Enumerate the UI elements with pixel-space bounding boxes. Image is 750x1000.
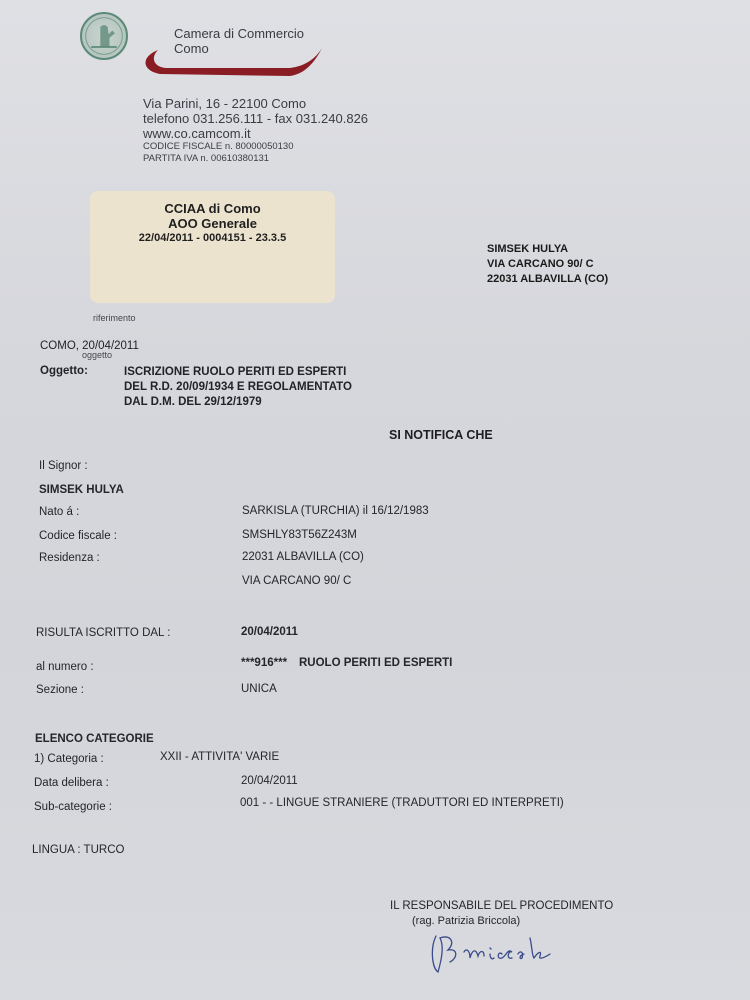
signatory-title: IL RESPONSABILE DEL PROCEDIMENTO <box>390 900 613 912</box>
notice-heading: SI NOTIFICA CHE <box>389 428 493 442</box>
letterhead-address: Via Parini, 16 - 22100 Como telefono 031… <box>143 96 368 165</box>
address-line: Via Parini, 16 - 22100 Como <box>143 96 368 111</box>
registered-since-label: RISULTA ISCRITTO DAL : <box>36 627 170 639</box>
section-value: UNICA <box>241 683 277 695</box>
number-role: RUOLO PERITI ED ESPERTI <box>299 657 452 669</box>
field-label-residence: Residenza : <box>39 552 100 564</box>
number-value: ***916*** <box>241 657 287 669</box>
subject-text: ISCRIZIONE RUOLO PERITI ED ESPERTI DEL R… <box>124 365 352 410</box>
protocol-label: CCIAA di Como AOO Generale 22/04/2011 - … <box>90 191 335 303</box>
brand-swoosh-icon <box>140 44 325 82</box>
oggetto-small-label: oggetto <box>82 350 112 360</box>
number-label: al numero : <box>36 661 94 673</box>
recipient-city: 22031 ALBAVILLA (CO) <box>487 272 608 287</box>
category-value: XXII - ATTIVITA' VARIE <box>160 751 279 763</box>
field-value-residence: 22031 ALBAVILLA (CO) <box>242 551 364 563</box>
recipient-street: VIA CARCANO 90/ C <box>487 257 608 272</box>
recipient-name: SIMSEK HULYA <box>487 242 608 257</box>
riferimento-label: riferimento <box>93 313 136 323</box>
category-label: 1) Categoria : <box>34 753 104 765</box>
signor-label: Il Signor : <box>39 460 88 472</box>
deliberation-date-label: Data delibera : <box>34 777 109 789</box>
section-label: Sezione : <box>36 684 84 696</box>
protocol-aoo: AOO Generale <box>90 216 335 231</box>
language-line: LINGUA : TURCO <box>32 844 124 856</box>
subject-label: Oggetto: <box>40 365 88 377</box>
subcategory-value: 001 - - LINGUE STRANIERE (TRADUTTORI ED … <box>240 797 564 809</box>
protocol-number: 22/04/2011 - 0004151 - 23.3.5 <box>90 231 335 245</box>
seal-icon <box>80 12 128 60</box>
field-label-tax-code: Codice fiscale : <box>39 530 117 542</box>
partita-iva-line: PARTITA IVA n. 00610380131 <box>143 153 368 165</box>
categories-heading: ELENCO CATEGORIE <box>35 733 154 745</box>
field-label-birth: Nato á : <box>39 506 79 518</box>
registered-since-value: 20/04/2011 <box>241 626 298 638</box>
website-link[interactable]: www.co.camcom.it <box>143 126 368 141</box>
field-value-tax-code: SMSHLY83T56Z243M <box>242 529 357 541</box>
subject-line: DEL R.D. 20/09/1934 E REGOLAMENTATO <box>124 380 352 395</box>
person-name: SIMSEK HULYA <box>39 484 124 496</box>
field-value-birth: SARKISLA (TURCHIA) il 16/12/1983 <box>242 505 429 517</box>
phone-fax-line: telefono 031.256.111 - fax 031.240.826 <box>143 111 368 126</box>
protocol-office: CCIAA di Como <box>90 201 335 216</box>
codice-fiscale-line: CODICE FISCALE n. 80000050130 <box>143 141 368 153</box>
field-value-street: VIA CARCANO 90/ C <box>242 575 351 587</box>
subcategory-label: Sub-categorie : <box>34 801 112 813</box>
signatory-name: (rag. Patrizia Briccola) <box>412 915 520 927</box>
handwritten-signature-icon <box>428 928 568 980</box>
deliberation-date-value: 20/04/2011 <box>241 775 298 787</box>
organization-line1: Camera di Commercio <box>174 26 304 41</box>
subject-line: ISCRIZIONE RUOLO PERITI ED ESPERTI <box>124 365 352 380</box>
subject-line: DAL D.M. DEL 29/12/1979 <box>124 395 352 410</box>
recipient-address-block: SIMSEK HULYA VIA CARCANO 90/ C 22031 ALB… <box>487 242 608 287</box>
